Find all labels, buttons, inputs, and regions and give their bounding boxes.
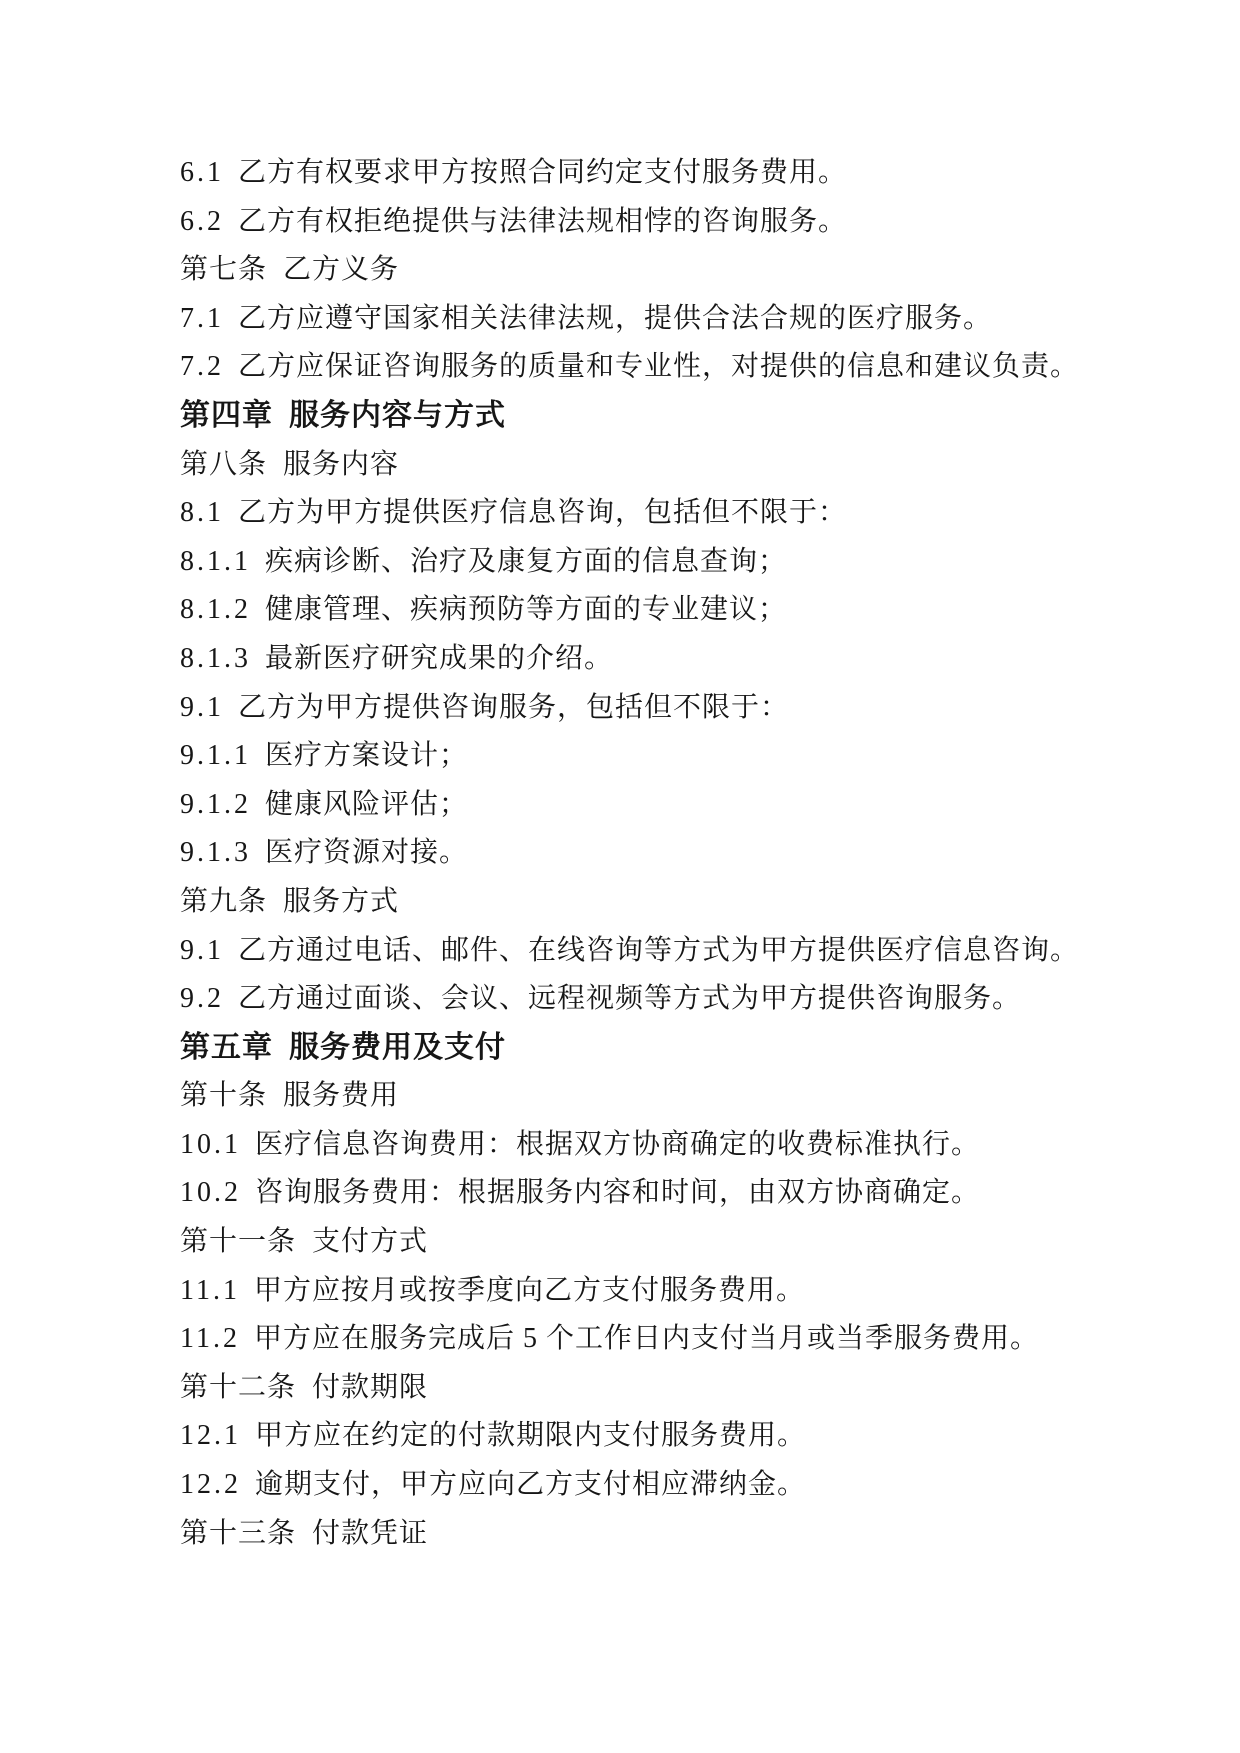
clause-paragraph: 9.1.3医疗资源对接。 [180, 838, 1130, 868]
paragraph-number: 第八条 [180, 449, 267, 480]
paragraph-number: 10.1 [180, 1129, 241, 1160]
clause-paragraph: 9.2乙方通过面谈、会议、远程视频等方式为甲方提供咨询服务。 [180, 984, 1130, 1014]
paragraph-text: 健康风险评估； [265, 789, 468, 820]
paragraph-number: 第十二条 [180, 1372, 296, 1403]
paragraph-text: 医疗信息咨询费用：根据双方协商确定的收费标准执行。 [255, 1129, 980, 1160]
article-heading: 第七条乙方义务 [180, 255, 1130, 285]
clause-paragraph: 6.2乙方有权拒绝提供与法律法规相悖的咨询服务。 [180, 207, 1130, 237]
paragraph-text: 甲方应按月或按季度向乙方支付服务费用。 [254, 1275, 805, 1306]
clause-paragraph: 7.1乙方应遵守国家相关法律法规，提供合法合规的医疗服务。 [180, 304, 1130, 334]
article-heading: 第十一条支付方式 [180, 1227, 1130, 1257]
paragraph-text: 乙方有权拒绝提供与法律法规相悖的咨询服务。 [238, 206, 847, 237]
paragraph-number: 11.2 [180, 1323, 240, 1354]
clause-paragraph: 9.1.1医疗方案设计； [180, 741, 1130, 771]
paragraph-text: 逾期支付，甲方应向乙方支付相应滞纳金。 [255, 1469, 806, 1500]
article-heading: 第十二条付款期限 [180, 1373, 1130, 1403]
clause-paragraph: 8.1.3最新医疗研究成果的介绍。 [180, 644, 1130, 674]
paragraph-number: 第七条 [180, 254, 267, 285]
clause-paragraph: 8.1.1疾病诊断、治疗及康复方面的信息查询； [180, 547, 1130, 577]
paragraph-number: 6.1 [180, 157, 224, 188]
paragraph-text: 甲方应在服务完成后 5 个工作日内支付当月或当季服务费用。 [254, 1323, 1039, 1354]
paragraph-text: 乙方为甲方提供医疗信息咨询，包括但不限于： [238, 497, 847, 528]
clause-paragraph: 10.2咨询服务费用：根据服务内容和时间，由双方协商确定。 [180, 1178, 1130, 1208]
paragraph-text: 乙方义务 [283, 254, 399, 285]
paragraph-text: 付款凭证 [312, 1518, 428, 1549]
paragraph-text: 乙方通过面谈、会议、远程视频等方式为甲方提供咨询服务。 [238, 983, 1021, 1014]
paragraph-text: 服务内容 [283, 449, 399, 480]
paragraph-text: 乙方应保证咨询服务的质量和专业性，对提供的信息和建议负责。 [238, 351, 1079, 382]
paragraph-number: 8.1.3 [180, 643, 251, 674]
paragraph-number: 第四章 [180, 399, 273, 432]
paragraph-number: 第九条 [180, 886, 267, 917]
clause-paragraph: 6.1乙方有权要求甲方按照合同约定支付服务费用。 [180, 158, 1130, 188]
paragraph-number: 第十条 [180, 1080, 267, 1111]
paragraph-number: 12.2 [180, 1469, 241, 1500]
article-heading: 第九条服务方式 [180, 887, 1130, 917]
paragraph-text: 咨询服务费用：根据服务内容和时间，由双方协商确定。 [255, 1177, 980, 1208]
article-heading: 第十三条付款凭证 [180, 1519, 1130, 1549]
paragraph-text: 服务费用及支付 [289, 1031, 506, 1064]
paragraph-number: 9.1.1 [180, 740, 251, 771]
paragraph-number: 9.1 [180, 692, 224, 723]
paragraph-number: 10.2 [180, 1177, 241, 1208]
paragraph-number: 8.1.2 [180, 594, 251, 625]
clause-paragraph: 9.1乙方通过电话、邮件、在线咨询等方式为甲方提供医疗信息咨询。 [180, 936, 1130, 966]
chapter-heading: 第五章服务费用及支付 [180, 1033, 1130, 1063]
clause-paragraph: 11.1甲方应按月或按季度向乙方支付服务费用。 [180, 1276, 1130, 1306]
paragraph-text: 乙方通过电话、邮件、在线咨询等方式为甲方提供医疗信息咨询。 [238, 935, 1079, 966]
paragraph-text: 服务方式 [283, 886, 399, 917]
paragraph-text: 付款期限 [312, 1372, 428, 1403]
article-heading: 第八条服务内容 [180, 450, 1130, 480]
paragraph-number: 9.1.3 [180, 837, 251, 868]
article-heading: 第十条服务费用 [180, 1081, 1130, 1111]
clause-paragraph: 12.2逾期支付，甲方应向乙方支付相应滞纳金。 [180, 1470, 1130, 1500]
paragraph-number: 第十一条 [180, 1226, 296, 1257]
paragraph-text: 服务内容与方式 [289, 399, 506, 432]
paragraph-text: 服务费用 [283, 1080, 399, 1111]
clause-paragraph: 11.2甲方应在服务完成后 5 个工作日内支付当月或当季服务费用。 [180, 1324, 1130, 1354]
document-body: 6.1乙方有权要求甲方按照合同约定支付服务费用。6.2乙方有权拒绝提供与法律法规… [180, 158, 1130, 1549]
clause-paragraph: 9.1乙方为甲方提供咨询服务，包括但不限于： [180, 693, 1130, 723]
paragraph-text: 健康管理、疾病预防等方面的专业建议； [265, 594, 787, 625]
paragraph-text: 乙方为甲方提供咨询服务，包括但不限于： [238, 692, 789, 723]
document-page: 6.1乙方有权要求甲方按照合同约定支付服务费用。6.2乙方有权拒绝提供与法律法规… [0, 0, 1240, 1753]
paragraph-number: 7.1 [180, 303, 224, 334]
clause-paragraph: 10.1医疗信息咨询费用：根据双方协商确定的收费标准执行。 [180, 1130, 1130, 1160]
paragraph-number: 11.1 [180, 1275, 240, 1306]
paragraph-number: 9.1.2 [180, 789, 251, 820]
paragraph-text: 医疗资源对接。 [265, 837, 468, 868]
paragraph-number: 第十三条 [180, 1518, 296, 1549]
clause-paragraph: 12.1甲方应在约定的付款期限内支付服务费用。 [180, 1421, 1130, 1451]
paragraph-number: 9.1 [180, 935, 224, 966]
paragraph-text: 甲方应在约定的付款期限内支付服务费用。 [255, 1420, 806, 1451]
paragraph-number: 8.1 [180, 497, 224, 528]
paragraph-number: 6.2 [180, 206, 224, 237]
clause-paragraph: 8.1乙方为甲方提供医疗信息咨询，包括但不限于： [180, 498, 1130, 528]
paragraph-number: 9.2 [180, 983, 224, 1014]
paragraph-number: 7.2 [180, 351, 224, 382]
clause-paragraph: 8.1.2健康管理、疾病预防等方面的专业建议； [180, 595, 1130, 625]
paragraph-text: 支付方式 [312, 1226, 428, 1257]
clause-paragraph: 9.1.2健康风险评估； [180, 790, 1130, 820]
paragraph-text: 最新医疗研究成果的介绍。 [265, 643, 613, 674]
paragraph-text: 医疗方案设计； [265, 740, 468, 771]
paragraph-number: 第五章 [180, 1031, 273, 1064]
clause-paragraph: 7.2乙方应保证咨询服务的质量和专业性，对提供的信息和建议负责。 [180, 352, 1130, 382]
paragraph-text: 疾病诊断、治疗及康复方面的信息查询； [265, 546, 787, 577]
paragraph-text: 乙方有权要求甲方按照合同约定支付服务费用。 [238, 157, 847, 188]
paragraph-number: 12.1 [180, 1420, 241, 1451]
paragraph-number: 8.1.1 [180, 546, 251, 577]
paragraph-text: 乙方应遵守国家相关法律法规，提供合法合规的医疗服务。 [238, 303, 992, 334]
chapter-heading: 第四章服务内容与方式 [180, 401, 1130, 431]
